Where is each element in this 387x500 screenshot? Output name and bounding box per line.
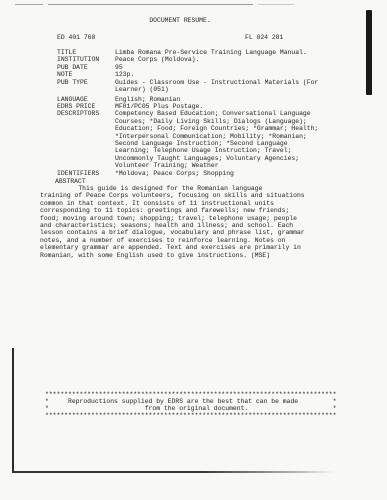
indexing-fields: EDRS PRICE MF01/PC05 Plus Postage. DESCR… — [57, 103, 347, 177]
descriptors-label: DESCRIPTORS — [57, 110, 115, 169]
note-value: 123p. — [115, 71, 134, 78]
note-label: NOTE — [57, 71, 115, 78]
scan-artifact-top-edge-dash — [15, 4, 43, 5]
institution-value: Peace Corps (Moldova). — [115, 56, 199, 63]
pub-type-value: Guides - Classroom Use - Instructional M… — [115, 79, 318, 94]
bibliographic-fields: TITLE Limba Romana Pre-Service Training … — [57, 49, 347, 103]
edrs-reproduction-notice: ****************************************… — [45, 392, 336, 419]
scan-artifact-right-black-bar — [366, 10, 372, 95]
field-row-pub-type: PUB TYPE Guides - Classroom Use - Instru… — [57, 79, 347, 94]
identifiers-value: *Moldova; Peace Corps; Shopping — [115, 170, 234, 177]
field-row-title: TITLE Limba Romana Pre-Service Training … — [57, 49, 347, 56]
document-resume-title: DOCUMENT RESUME. — [30, 17, 330, 24]
descriptors-value: Competency Based Education; Conversation… — [115, 110, 318, 169]
field-row-institution: INSTITUTION Peace Corps (Moldova). — [57, 56, 347, 63]
scan-artifact-top-edge-line — [48, 4, 253, 5]
eric-document-resume-page: DOCUMENT RESUME. ED 401 768 FL 024 281 T… — [0, 0, 387, 500]
identifiers-label: IDENTIFIERS — [57, 170, 115, 177]
scan-artifact-top-edge-fade — [258, 4, 294, 5]
field-row-identifiers: IDENTIFIERS *Moldova; Peace Corps; Shopp… — [57, 170, 347, 177]
field-row-note: NOTE 123p. — [57, 71, 347, 78]
field-row-pub-date: PUB DATE 95 — [57, 64, 347, 71]
scan-artifact-bottom-page-edge — [12, 471, 334, 473]
pub-type-label: PUB TYPE — [57, 79, 115, 94]
scan-artifact-left-page-edge — [12, 348, 14, 472]
abstract-text: This guide is designed for the Romanian … — [40, 185, 352, 259]
institution-label: INSTITUTION — [57, 56, 115, 63]
ed-accession-number: ED 401 768 — [57, 34, 95, 41]
fl-clearinghouse-number: FL 024 281 — [245, 34, 283, 41]
field-row-descriptors: DESCRIPTORS Competency Based Education; … — [57, 110, 347, 169]
